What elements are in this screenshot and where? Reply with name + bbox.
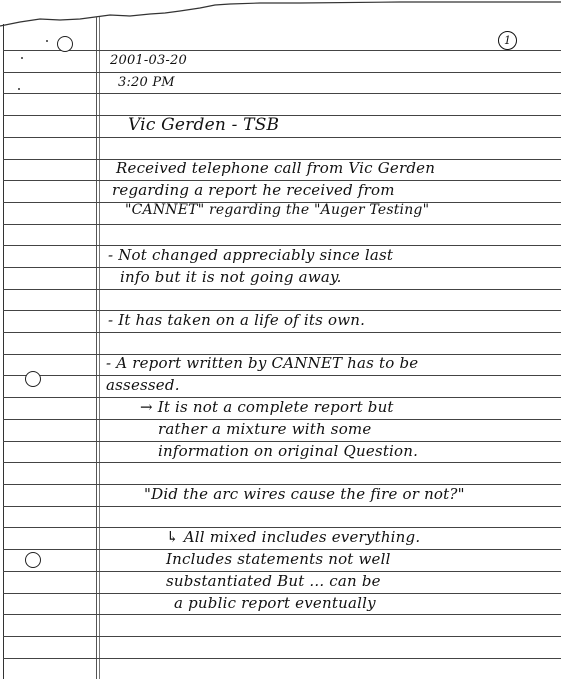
note-line: "Did the arc wires cause the fire or not… — [144, 485, 465, 503]
ruled-line — [3, 462, 561, 463]
note-line: information on original Question. — [158, 442, 418, 460]
page-left-edge — [3, 24, 4, 679]
ruled-line — [3, 289, 561, 290]
note-line: a public report eventually — [174, 594, 376, 612]
punch-hole — [25, 552, 41, 568]
note-line: - A report written by CANNET has to be — [106, 354, 418, 372]
ruled-line — [3, 506, 561, 507]
note-line: - It has taken on a life of its own. — [108, 311, 365, 329]
punch-hole — [57, 36, 73, 52]
ruled-line — [3, 72, 561, 73]
note-line: info but it is not going away. — [120, 268, 342, 286]
stray-mark — [18, 88, 20, 90]
note-line: Received telephone call from Vic Gerden — [116, 159, 435, 177]
notebook-page: 1 2001-03-20 3:20 PM Vic Gerden - TSB Re… — [0, 0, 561, 679]
ruled-line — [3, 332, 561, 333]
ruled-line — [3, 658, 561, 659]
ruled-line — [3, 636, 561, 637]
note-line: substantiated But ... can be — [166, 572, 381, 590]
margin-line — [99, 17, 100, 679]
punch-hole — [25, 371, 41, 387]
stray-mark — [21, 57, 23, 59]
note-line: Includes statements not well — [166, 550, 391, 568]
note-heading: Vic Gerden - TSB — [128, 115, 279, 135]
note-line: ↳ All mixed includes everything. — [166, 528, 420, 546]
ruled-line — [3, 137, 561, 138]
ruled-line — [3, 375, 561, 376]
note-line: rather a mixture with some — [158, 420, 371, 438]
ruled-line — [3, 50, 561, 51]
torn-paper-edge — [0, 0, 561, 30]
note-time: 3:20 PM — [118, 75, 175, 90]
ruled-line — [3, 93, 561, 94]
note-date: 2001-03-20 — [110, 53, 187, 68]
stray-mark — [46, 40, 48, 42]
margin-line — [96, 17, 97, 679]
note-line: - Not changed appreciably since last — [108, 246, 393, 264]
note-line: assessed. — [106, 376, 180, 394]
note-line: → It is not a complete report but — [140, 398, 394, 416]
page-number: 1 — [498, 31, 517, 50]
ruled-line — [3, 115, 561, 116]
ruled-line — [3, 224, 561, 225]
note-line: "CANNET" regarding the "Auger Testing" — [125, 202, 429, 218]
ruled-line — [3, 614, 561, 615]
note-line: regarding a report he received from — [112, 181, 395, 199]
